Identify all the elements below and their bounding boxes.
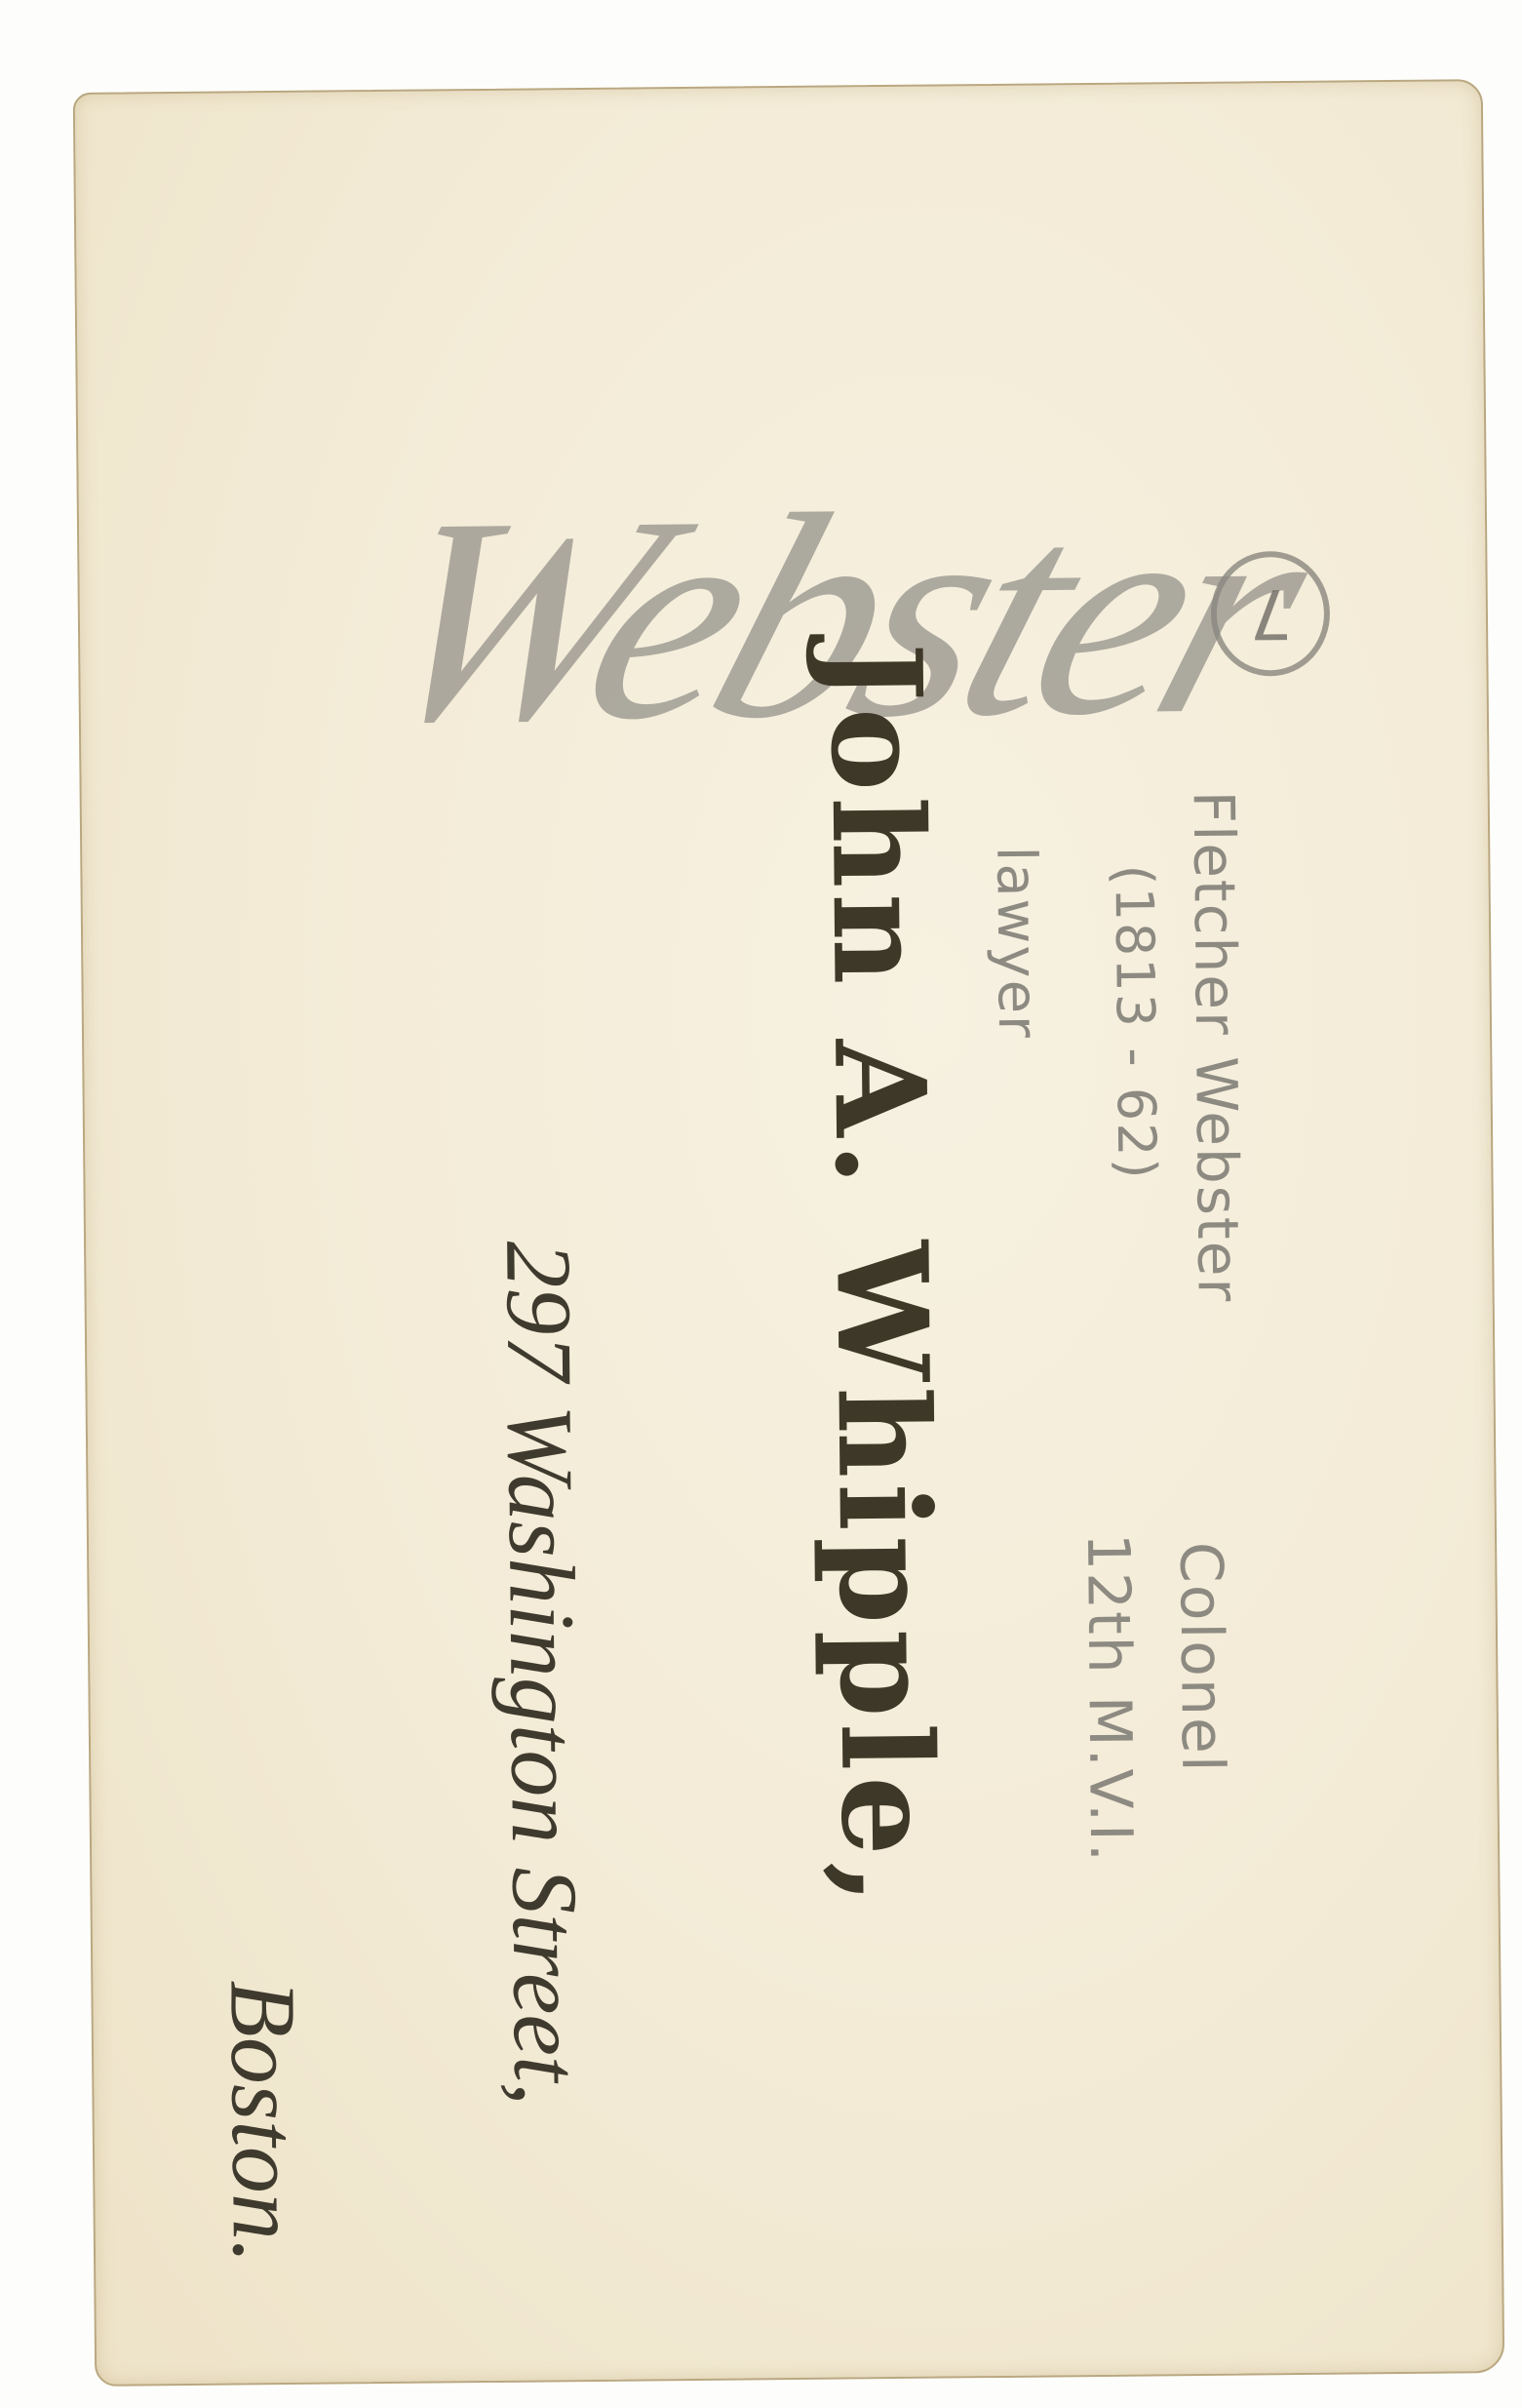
photographer-name: John A. Whipple, xyxy=(801,642,959,1912)
annotation-rank: Colonel xyxy=(1166,1542,1236,1774)
annotation-dates: (1813 - 62) xyxy=(1103,864,1167,1181)
carte-de-visite-back: Webster 7 Fletcher Webster (1813 - 62) l… xyxy=(73,79,1505,2387)
studio-city: Boston. xyxy=(209,1980,320,2265)
catalog-number: 7 xyxy=(1248,573,1292,653)
annotation-profession: lawyer xyxy=(984,846,1049,1040)
annotation-name: Fletcher Webster xyxy=(1181,790,1252,1303)
catalog-number-circle: 7 xyxy=(1210,551,1330,677)
studio-address: 297 Washington Street, xyxy=(485,1241,602,2106)
annotation-unit: 12th M.V.I. xyxy=(1073,1533,1145,1865)
